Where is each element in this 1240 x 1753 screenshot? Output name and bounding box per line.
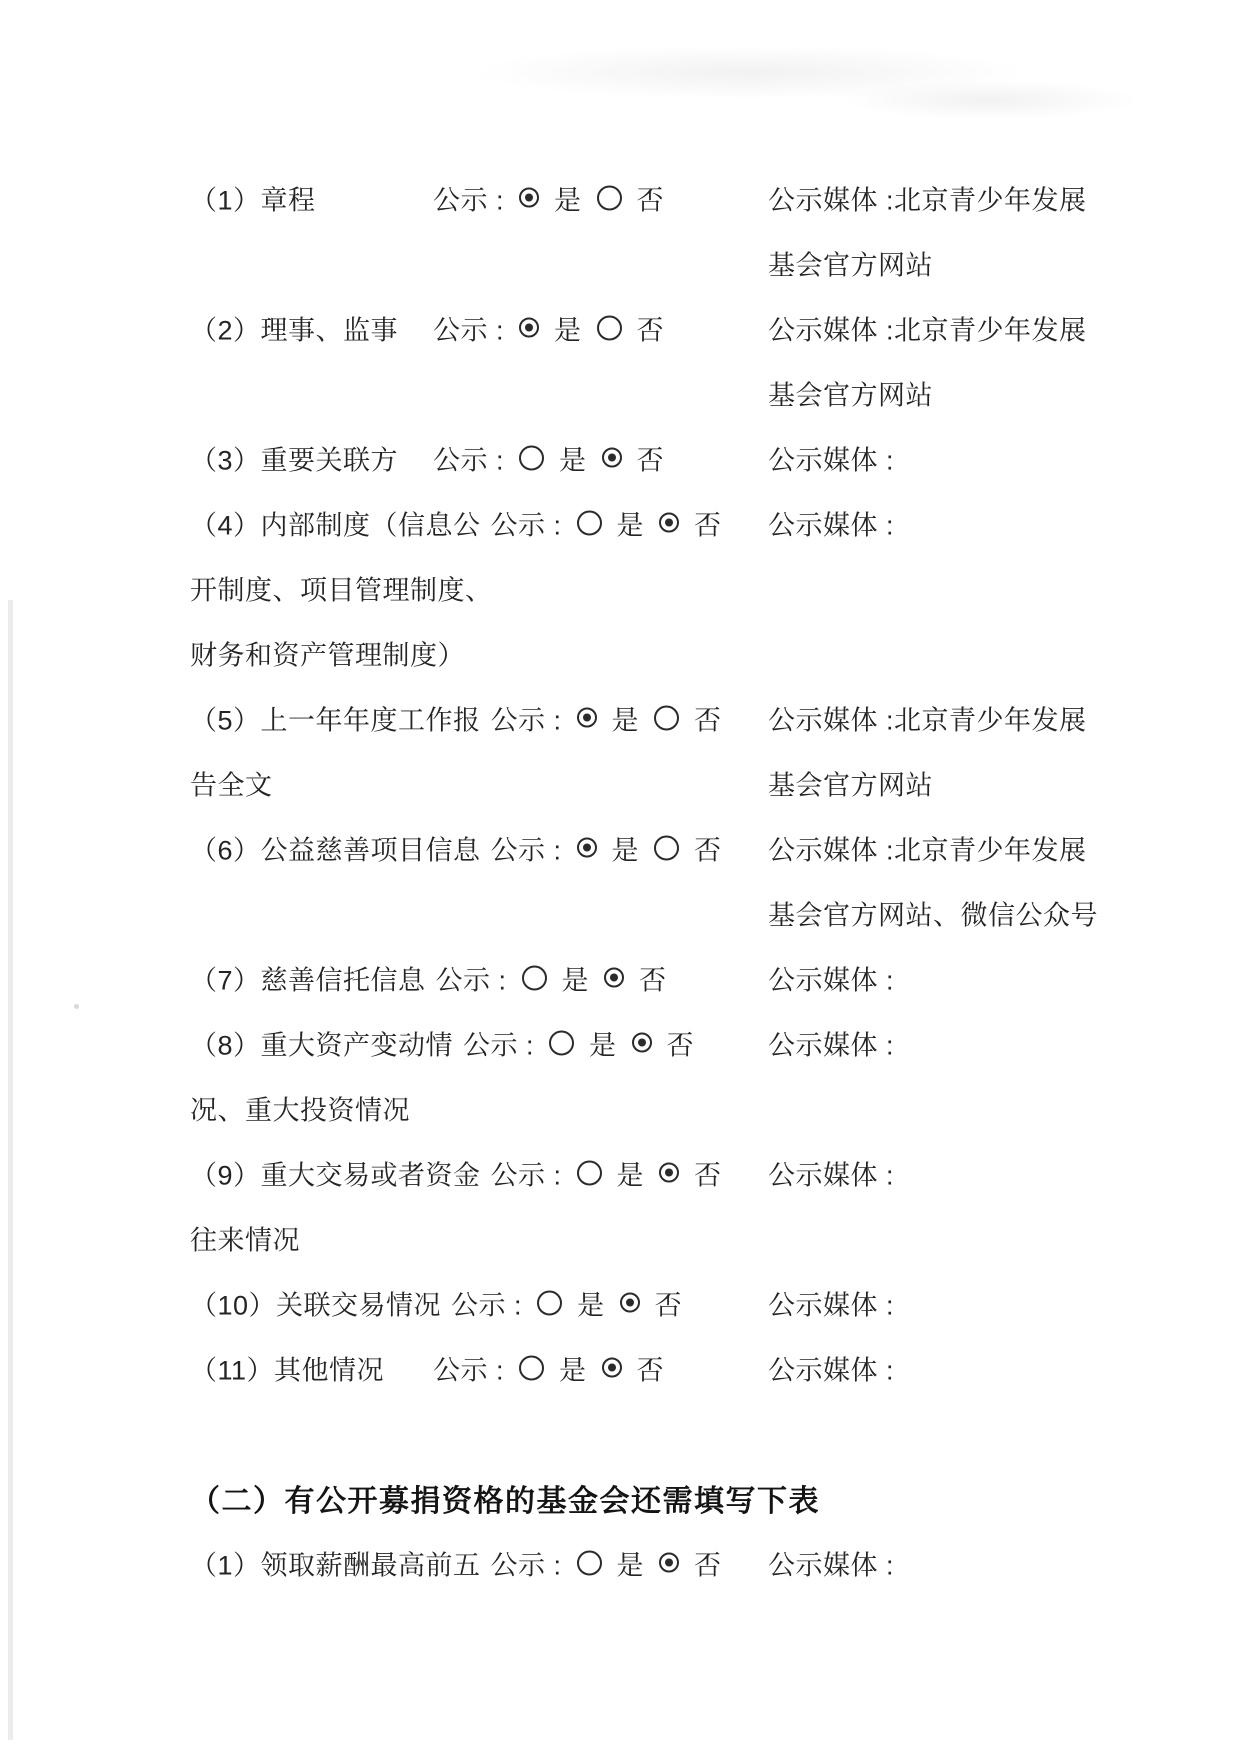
radio-no [620, 1293, 640, 1313]
row-label: （10）关联交易情况 [190, 1283, 441, 1322]
media-prefix-label: 公示媒体 : [768, 705, 894, 735]
row-label: （2）理事、监事 [190, 308, 423, 347]
media-value-continued: 基会官方网站 [768, 243, 933, 282]
disclosure-radio-group: 公示 :是否 [433, 178, 664, 217]
radio-yes [519, 188, 539, 208]
section1-row-line: 基会官方网站 [0, 360, 1240, 425]
row-label-and-radios: （9）重大交易或者资金公示 :是否 [190, 1153, 722, 1192]
media-cell: 公示媒体 : [768, 1023, 894, 1062]
no-label: 否 [637, 438, 665, 477]
section1-row-line: （1）章程公示 :是否公示媒体 :北京青少年发展 [0, 165, 1240, 230]
media-cell: 公示媒体 : [768, 438, 894, 477]
row-label-continued: 况、重大投资情况 [190, 1088, 410, 1127]
row-label: （5）上一年年度工作报 [190, 698, 481, 737]
disclosure-radio-group: 公示 :是否 [491, 1543, 722, 1582]
yes-label: 是 [562, 958, 590, 997]
disclosure-label: 公示 : [451, 1283, 522, 1322]
row-label-and-radios: （7）慈善信托信息公示 :是否 [190, 958, 667, 997]
disclosure-radio-group: 公示 :是否 [451, 1283, 682, 1322]
radio-yes [522, 965, 547, 990]
yes-label: 是 [577, 1283, 605, 1322]
disclosure-radio-group: 公示 :是否 [433, 308, 664, 347]
disclosure-label: 公示 : [436, 958, 507, 997]
row-label-and-radios: （4）内部制度（信息公公示 :是否 [190, 503, 722, 542]
disclosure-radio-group: 公示 :是否 [433, 1348, 664, 1387]
no-label: 否 [639, 958, 667, 997]
section1-row-line: （9）重大交易或者资金公示 :是否公示媒体 : [0, 1140, 1240, 1205]
media-cell: 公示媒体 : [768, 1543, 894, 1582]
row-label-and-radios: （5）上一年年度工作报公示 :是否 [190, 698, 722, 737]
disclosure-label: 公示 : [463, 1023, 534, 1062]
yes-label: 是 [617, 1543, 645, 1582]
no-label: 否 [637, 178, 665, 217]
row-label: （6）公益慈善项目信息 [190, 828, 481, 867]
media-prefix-label: 公示媒体 : [768, 1160, 894, 1190]
disclosure-radio-group: 公示 :是否 [491, 828, 722, 867]
media-cell: 公示媒体 : [768, 958, 894, 997]
no-label: 否 [637, 1348, 665, 1387]
row-label-and-radios: （1）章程公示 :是否 [190, 178, 664, 217]
disclosure-radio-group: 公示 :是否 [491, 1153, 722, 1192]
section1-row-line: （10）关联交易情况公示 :是否公示媒体 : [0, 1270, 1240, 1335]
radio-no [659, 513, 679, 533]
row-label-continued: 财务和资产管理制度） [190, 633, 465, 672]
media-cell: 公示媒体 :北京青少年发展 [768, 698, 1087, 737]
row-label-and-radios: （8）重大资产变动情公示 :是否 [190, 1023, 694, 1062]
radio-no [602, 1358, 622, 1378]
section1-row-line: 基会官方网站 [0, 230, 1240, 295]
row-label-and-radios: （6）公益慈善项目信息公示 :是否 [190, 828, 722, 867]
row-label: （4）内部制度（信息公 [190, 503, 481, 542]
section2-row-line: （1）领取薪酬最高前五公示 :是否公示媒体 : [0, 1530, 1240, 1595]
section1-row-line: （11）其他情况公示 :是否公示媒体 : [0, 1335, 1240, 1400]
disclosure-label: 公示 : [491, 698, 562, 737]
media-value-continued: 基会官方网站、微信公众号 [768, 893, 1098, 932]
no-label: 否 [694, 503, 722, 542]
section1-row-line: （6）公益慈善项目信息公示 :是否公示媒体 :北京青少年发展 [0, 815, 1240, 880]
media-prefix-label: 公示媒体 : [768, 1550, 894, 1580]
section1-row-line: 开制度、项目管理制度、 [0, 555, 1240, 620]
section1-row-line: （2）理事、监事公示 :是否公示媒体 :北京青少年发展 [0, 295, 1240, 360]
disclosure-label: 公示 : [491, 503, 562, 542]
radio-yes [537, 1290, 562, 1315]
media-prefix-label: 公示媒体 : [768, 1290, 894, 1320]
media-value-continued: 基会官方网站 [768, 373, 933, 412]
no-label: 否 [637, 308, 665, 347]
disclosure-label: 公示 : [491, 1153, 562, 1192]
no-label: 否 [694, 1153, 722, 1192]
row-label: （7）慈善信托信息 [190, 958, 426, 997]
scan-smudge-top [470, 45, 1030, 100]
radio-no [659, 1163, 679, 1183]
scan-smudge-top-right [840, 80, 1140, 120]
radio-yes [519, 1355, 544, 1380]
radio-no [597, 315, 622, 340]
media-prefix-label: 公示媒体 : [768, 185, 894, 215]
radio-no [632, 1033, 652, 1053]
row-label: （8）重大资产变动情 [190, 1023, 453, 1062]
section1-row-line: 财务和资产管理制度） [0, 620, 1240, 685]
row-label: （1）章程 [190, 178, 423, 217]
disclosure-radio-group: 公示 :是否 [433, 438, 664, 477]
section1-row-line: 基会官方网站、微信公众号 [0, 880, 1240, 945]
radio-no [597, 185, 622, 210]
no-label: 否 [667, 1023, 695, 1062]
section1-row-line: 告全文基会官方网站 [0, 750, 1240, 815]
disclosure-radio-group: 公示 :是否 [436, 958, 667, 997]
yes-label: 是 [554, 178, 582, 217]
radio-no [659, 1553, 679, 1573]
row-label-and-radios: （1）领取薪酬最高前五公示 :是否 [190, 1543, 722, 1582]
media-cell: 公示媒体 : [768, 503, 894, 542]
radio-yes [549, 1030, 574, 1055]
row-label-continued: 往来情况 [190, 1218, 300, 1257]
row-label: （3）重要关联方 [190, 438, 423, 477]
section1-row-line: （7）慈善信托信息公示 :是否公示媒体 : [0, 945, 1240, 1010]
radio-no [602, 448, 622, 468]
no-label: 否 [694, 1543, 722, 1582]
row-label: （1）领取薪酬最高前五 [190, 1543, 481, 1582]
no-label: 否 [655, 1283, 683, 1322]
yes-label: 是 [612, 828, 640, 867]
radio-yes [577, 838, 597, 858]
media-cell: 公示媒体 :北京青少年发展 [768, 308, 1087, 347]
media-prefix-label: 公示媒体 : [768, 1355, 894, 1385]
radio-yes [519, 318, 539, 338]
row-label-and-radios: （10）关联交易情况公示 :是否 [190, 1283, 682, 1322]
row-label-and-radios: （2）理事、监事公示 :是否 [190, 308, 664, 347]
yes-label: 是 [554, 308, 582, 347]
media-value-continued: 基会官方网站 [768, 763, 933, 802]
no-label: 否 [694, 698, 722, 737]
radio-yes [577, 510, 602, 535]
media-value: 北京青少年发展 [894, 835, 1087, 865]
yes-label: 是 [617, 503, 645, 542]
row-label-and-radios: （11）其他情况公示 :是否 [190, 1348, 664, 1387]
disclosure-radio-group: 公示 :是否 [491, 503, 722, 542]
radio-no [654, 705, 679, 730]
radio-yes [577, 1550, 602, 1575]
radio-no [654, 835, 679, 860]
section2-heading: （二）有公开募捐资格的基金会还需填写下表 [190, 1465, 820, 1530]
section1-row-line: （4）内部制度（信息公公示 :是否公示媒体 : [0, 490, 1240, 555]
row-label-continued: 开制度、项目管理制度、 [190, 568, 493, 607]
no-label: 否 [694, 828, 722, 867]
scanned-form-page: （1）章程公示 :是否公示媒体 :北京青少年发展基会官方网站（2）理事、监事公示… [0, 0, 1240, 1753]
disclosure-label: 公示 : [433, 308, 504, 347]
disclosure-label: 公示 : [433, 438, 504, 477]
media-cell: 公示媒体 : [768, 1153, 894, 1192]
media-prefix-label: 公示媒体 : [768, 315, 894, 345]
media-value: 北京青少年发展 [894, 315, 1087, 345]
media-cell: 公示媒体 :北京青少年发展 [768, 178, 1087, 217]
disclosure-radio-group: 公示 :是否 [463, 1023, 694, 1062]
media-cell: 公示媒体 : [768, 1283, 894, 1322]
yes-label: 是 [612, 698, 640, 737]
media-value: 北京青少年发展 [894, 185, 1087, 215]
disclosure-label: 公示 : [433, 1348, 504, 1387]
media-cell: 公示媒体 :北京青少年发展 [768, 828, 1087, 867]
yes-label: 是 [589, 1023, 617, 1062]
media-value: 北京青少年发展 [894, 705, 1087, 735]
section1-row-line: （8）重大资产变动情公示 :是否公示媒体 : [0, 1010, 1240, 1075]
disclosure-radio-group: 公示 :是否 [491, 698, 722, 737]
yes-label: 是 [559, 438, 587, 477]
radio-yes [577, 708, 597, 728]
row-label-and-radios: （3）重要关联方公示 :是否 [190, 438, 664, 477]
yes-label: 是 [559, 1348, 587, 1387]
section1-row-line: （5）上一年年度工作报公示 :是否公示媒体 :北京青少年发展 [0, 685, 1240, 750]
radio-yes [519, 445, 544, 470]
radio-no [604, 968, 624, 988]
media-prefix-label: 公示媒体 : [768, 445, 894, 475]
disclosure-label: 公示 : [433, 178, 504, 217]
row-label: （9）重大交易或者资金 [190, 1153, 481, 1192]
disclosure-label: 公示 : [491, 828, 562, 867]
media-cell: 公示媒体 : [768, 1348, 894, 1387]
row-label: （11）其他情况 [190, 1348, 423, 1387]
radio-yes [577, 1160, 602, 1185]
yes-label: 是 [617, 1153, 645, 1192]
section1-row-line: （3）重要关联方公示 :是否公示媒体 : [0, 425, 1240, 490]
media-prefix-label: 公示媒体 : [768, 965, 894, 995]
media-prefix-label: 公示媒体 : [768, 510, 894, 540]
disclosure-label: 公示 : [491, 1543, 562, 1582]
section1-row-line: 往来情况 [0, 1205, 1240, 1270]
media-prefix-label: 公示媒体 : [768, 1030, 894, 1060]
row-label-continued: 告全文 [190, 763, 273, 802]
media-prefix-label: 公示媒体 : [768, 835, 894, 865]
section1-row-line: 况、重大投资情况 [0, 1075, 1240, 1140]
